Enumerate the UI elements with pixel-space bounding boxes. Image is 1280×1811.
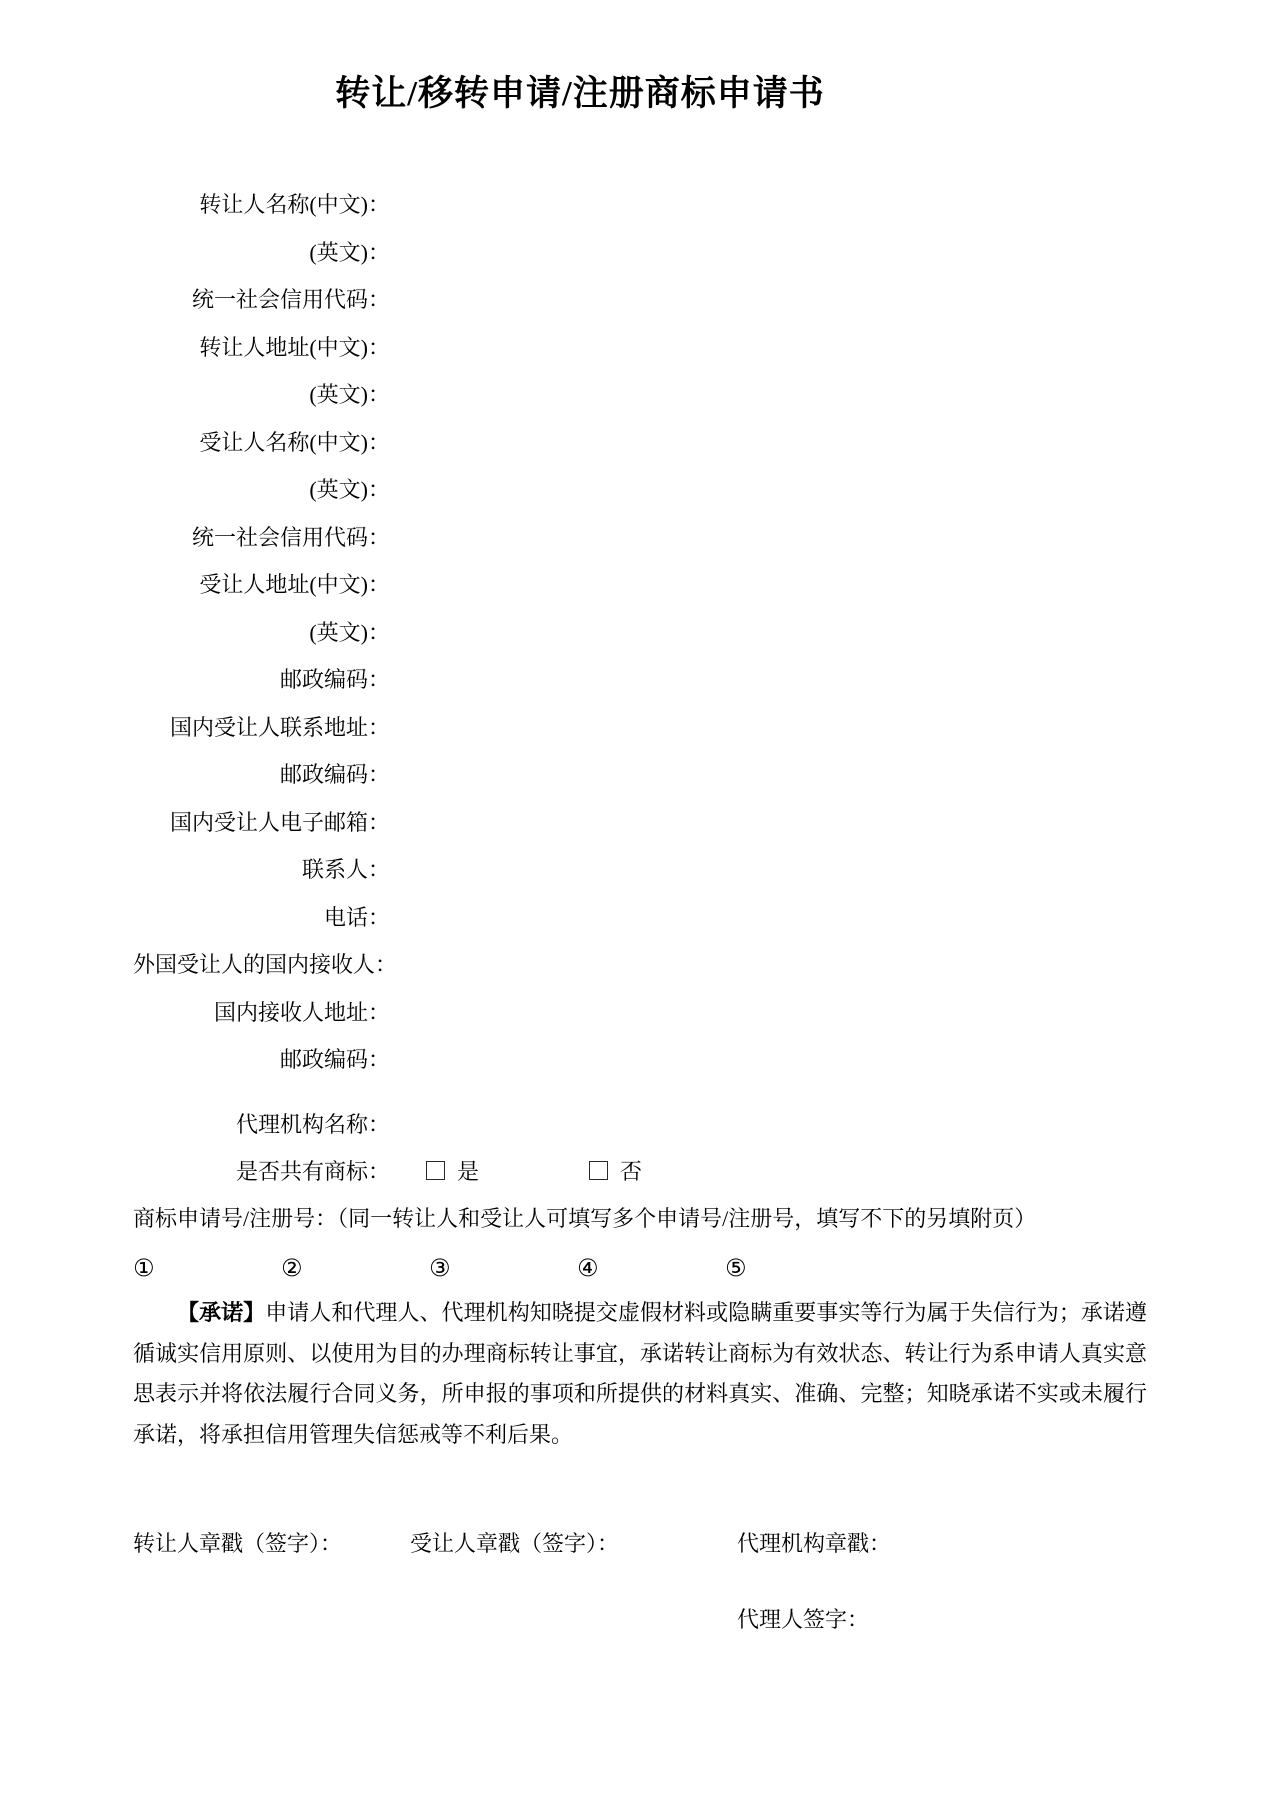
fill-in-blank bbox=[390, 560, 1147, 608]
trademark-number-slots: ① ② ③ ④ ⑤ bbox=[133, 1252, 1147, 1284]
field-row-phone: 电话： bbox=[133, 893, 1147, 941]
slot-number-2: ② bbox=[281, 1254, 429, 1282]
field-row-postal-code-1: 邮政编码： bbox=[133, 655, 1147, 703]
co-ownership-label: 是否共有商标： bbox=[133, 1155, 390, 1186]
field-label: 转让人名称(中文)： bbox=[133, 188, 390, 219]
fill-in-blank bbox=[390, 1035, 1147, 1083]
fill-in-blank bbox=[390, 798, 1147, 846]
fill-in-blank bbox=[390, 513, 1147, 561]
field-row-contact-person: 联系人： bbox=[133, 845, 1147, 893]
fill-in-blank bbox=[390, 655, 1147, 703]
commitment-body: 申请人和代理人、代理机构知晓提交虚假材料或隐瞒重要事实等行为属于失信行为；承诺遵… bbox=[133, 1300, 1147, 1447]
field-row-foreign-transferee-domestic-recipient: 外国受让人的国内接收人： bbox=[133, 940, 1147, 988]
commitment-heading: 【承诺】 bbox=[177, 1300, 265, 1325]
field-label: 国内接收人地址： bbox=[133, 996, 390, 1027]
field-label: 邮政编码： bbox=[133, 663, 390, 694]
slot-number-4: ④ bbox=[577, 1254, 725, 1282]
checkbox-no-label: 否 bbox=[620, 1155, 642, 1186]
field-row-transferee-address-cn: 受让人地址(中文)： bbox=[133, 560, 1147, 608]
field-label: 国内受让人电子邮箱： bbox=[133, 806, 390, 837]
trademark-numbers-note: 商标申请号/注册号：（同一转让人和受让人可填写多个申请号/注册号，填写不下的另填… bbox=[133, 1195, 1147, 1243]
field-row-transferee-name-en: (英文)： bbox=[133, 465, 1147, 513]
fill-in-blank bbox=[390, 465, 1147, 513]
field-row-domestic-transferee-email: 国内受让人电子邮箱： bbox=[133, 798, 1147, 846]
fill-in-blank bbox=[390, 893, 1147, 941]
field-row-transferor-address-en: (英文)： bbox=[133, 370, 1147, 418]
fill-in-blank bbox=[390, 940, 1147, 988]
transferee-seal-label: 受让人章戳（签字）： bbox=[410, 1527, 737, 1558]
agent-signature-label: 代理人签字： bbox=[737, 1603, 869, 1634]
checkbox-yes-label: 是 bbox=[457, 1155, 479, 1186]
fill-in-blank bbox=[390, 608, 1147, 656]
field-row-transferor-name-en: (英文)： bbox=[133, 228, 1147, 276]
co-ownership-row: 是否共有商标： 是 否 bbox=[133, 1147, 1147, 1195]
field-row-transferor-credit-code: 统一社会信用代码： bbox=[133, 275, 1147, 323]
field-label: 电话： bbox=[133, 901, 390, 932]
field-row-transferee-address-en: (英文)： bbox=[133, 608, 1147, 656]
slot-number-1: ① bbox=[133, 1254, 281, 1282]
field-label: 代理机构名称： bbox=[133, 1108, 390, 1139]
fill-in-blank bbox=[390, 988, 1147, 1036]
fill-in-blank bbox=[390, 180, 1147, 228]
fill-in-blank bbox=[390, 370, 1147, 418]
trademark-transfer-form-page: 转让/移转申请/注册商标申请书 转让人名称(中文)： (英文)： 统一社会信用代… bbox=[0, 0, 1280, 1811]
field-row-agency-name: 代理机构名称： bbox=[133, 1100, 1147, 1148]
field-row-transferee-name-cn: 受让人名称(中文)： bbox=[133, 418, 1147, 466]
field-row-transferor-name-cn: 转让人名称(中文)： bbox=[133, 180, 1147, 228]
transferor-seal-label: 转让人章戳（签字）： bbox=[133, 1527, 410, 1558]
fill-in-blank bbox=[390, 1100, 1147, 1148]
field-label: 统一社会信用代码： bbox=[133, 521, 390, 552]
fill-in-blank bbox=[390, 228, 1147, 276]
field-label: 邮政编码： bbox=[133, 758, 390, 789]
field-label: 外国受让人的国内接收人： bbox=[133, 948, 390, 979]
fill-in-blank bbox=[390, 323, 1147, 371]
field-row-postal-code-3: 邮政编码： bbox=[133, 1035, 1147, 1083]
commitment-paragraph: 【承诺】申请人和代理人、代理机构知晓提交虚假材料或隐瞒重要事实等行为属于失信行为… bbox=[133, 1293, 1147, 1455]
co-ownership-option-yes[interactable]: 是 bbox=[426, 1155, 479, 1186]
field-label: 受让人地址(中文)： bbox=[133, 568, 390, 599]
signature-row: 转让人章戳（签字）： 受让人章戳（签字）： 代理机构章戳： bbox=[133, 1527, 1147, 1557]
field-row-transferor-address-cn: 转让人地址(中文)： bbox=[133, 323, 1147, 371]
field-label: 邮政编码： bbox=[133, 1043, 390, 1074]
fill-in-blank bbox=[390, 418, 1147, 466]
slot-number-3: ③ bbox=[429, 1254, 577, 1282]
fill-in-blank bbox=[390, 275, 1147, 323]
checkbox-yes-icon[interactable] bbox=[426, 1161, 445, 1180]
fill-in-blank bbox=[390, 845, 1147, 893]
field-label: (英文)： bbox=[133, 378, 390, 409]
field-label: (英文)： bbox=[133, 236, 390, 267]
field-label: 统一社会信用代码： bbox=[133, 283, 390, 314]
field-label: (英文)： bbox=[133, 473, 390, 504]
field-label: 转让人地址(中文)： bbox=[133, 331, 390, 362]
co-ownership-option-no[interactable]: 否 bbox=[589, 1155, 642, 1186]
field-row-postal-code-2: 邮政编码： bbox=[133, 750, 1147, 798]
field-label: (英文)： bbox=[133, 616, 390, 647]
form-content: 转让人名称(中文)： (英文)： 统一社会信用代码： 转让人地址(中文)： (英… bbox=[133, 180, 1147, 1633]
field-row-domestic-recipient-address: 国内接收人地址： bbox=[133, 988, 1147, 1036]
agency-seal-label: 代理机构章戳： bbox=[737, 1527, 891, 1558]
field-label: 受让人名称(中文)： bbox=[133, 426, 390, 457]
fill-in-blank bbox=[390, 750, 1147, 798]
checkbox-no-icon[interactable] bbox=[589, 1161, 608, 1180]
field-label: 联系人： bbox=[133, 853, 390, 884]
form-title: 转让/移转申请/注册商标申请书 bbox=[0, 66, 1160, 116]
field-row-domestic-transferee-contact-address: 国内受让人联系地址： bbox=[133, 703, 1147, 751]
fill-in-blank bbox=[390, 703, 1147, 751]
slot-number-5: ⑤ bbox=[725, 1254, 873, 1282]
field-label: 国内受让人联系地址： bbox=[133, 711, 390, 742]
agent-signature-row: 代理人签字： bbox=[133, 1603, 1147, 1633]
field-row-transferee-credit-code: 统一社会信用代码： bbox=[133, 513, 1147, 561]
